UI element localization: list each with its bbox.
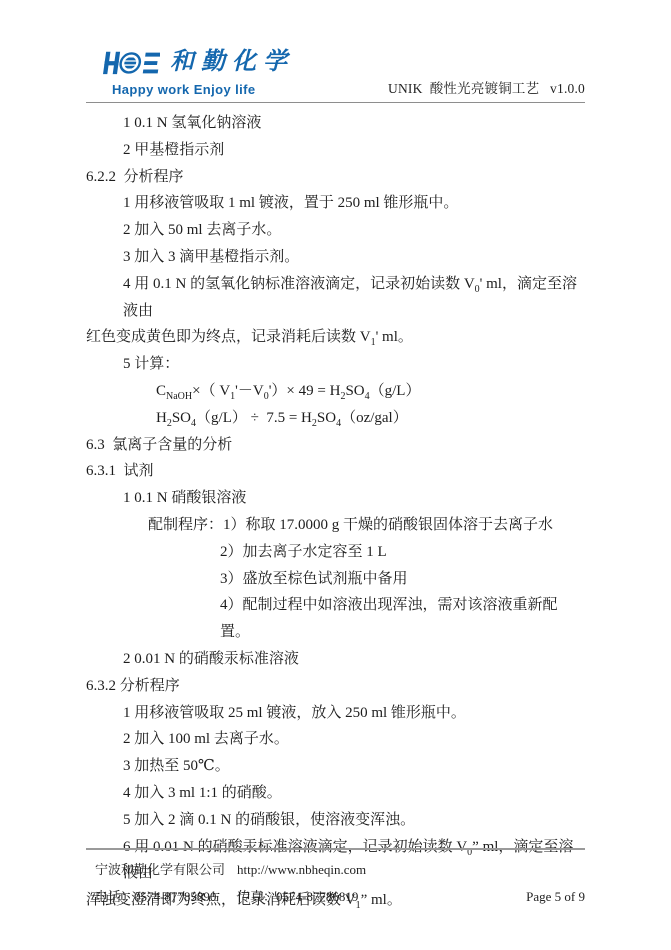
body-line: 2 甲基橙指示剂 [86,137,586,164]
body-line: 4 用 0.1 N 的氢氧化钠标准溶液滴定，记录初始读数 V0' ml，滴定至溶… [86,271,586,325]
formula-line: H2SO4（g/L） ÷ 7.5 = H2SO4（oz/gal） [86,405,586,432]
document-title: UNIK 酸性光亮镀铜工艺 v1.0.0 [388,77,585,97]
footer-phone: 电话：0574-87785890 [95,883,237,910]
footer-divider [86,848,585,850]
header-divider [86,102,585,103]
footer-website: http://www.nbheqin.com [237,856,526,883]
document-body: 1 0.1 N 氢氧化钠溶液 2 甲基橙指示剂 6.2.2 分析程序 1 用移液… [86,110,586,914]
footer-fax: 传真：0574-87786819 [237,883,526,910]
section-heading: 6.3 氯离子含量的分析 [86,432,586,459]
page-footer: 宁波和勤化学有限公司 http://www.nbheqin.com 电话：057… [95,856,585,910]
company-logo: 和勤化学 [100,48,294,76]
body-line: 红色变成黄色即为终点，记录消耗后读数 V1' ml。 [86,324,586,351]
body-line: 1 用移液管吸取 1 ml 镀液，置于 250 ml 锥形瓶中。 [86,190,586,217]
body-line: 配制程序：1）称取 17.0000 g 干燥的硝酸银固体溶于去离子水 [86,512,586,539]
page-number: Page 5 of 9 [526,883,585,910]
body-line: 2 0.01 N 的硝酸汞标准溶液 [86,646,586,673]
section-heading: 6.3.2 分析程序 [86,673,586,700]
body-line: 5 计算： [86,351,586,378]
section-heading: 6.2.2 分析程序 [86,164,586,191]
body-line: 3）盛放至棕色试剂瓶中备用 [86,566,586,593]
body-line: 2 加入 50 ml 去离子水。 [86,217,586,244]
body-line: 1 0.1 N 硝酸银溶液 [86,485,586,512]
body-line: 1 0.1 N 氢氧化钠溶液 [86,110,586,137]
body-line: 5 加入 2 滴 0.1 N 的硝酸银，使溶液变浑浊。 [86,807,586,834]
company-logo-name: 和勤化学 [170,50,294,74]
body-line: 3 加入 3 滴甲基橙指示剂。 [86,244,586,271]
body-line: 4 加入 3 ml 1:1 的硝酸。 [86,780,586,807]
company-tagline: Happy work Enjoy life [112,82,255,97]
section-heading: 6.3.1 试剂 [86,458,586,485]
formula-line: CNaOH×（ V1'－V0'）× 49 = H2SO4（g/L） [86,378,586,405]
document-page: { "header": { "logo": { "mark": "HQE-log… [0,0,671,950]
hqe-logo-icon [100,48,160,76]
body-line: 1 用移液管吸取 25 ml 镀液，放入 250 ml 锥形瓶中。 [86,700,586,727]
body-line: 4）配制过程中如溶液出现浑浊，需对该溶液重新配置。 [86,592,586,646]
body-line: 3 加热至 50℃。 [86,753,586,780]
footer-company: 宁波和勤化学有限公司 [95,856,237,883]
body-line: 2 加入 100 ml 去离子水。 [86,726,586,753]
body-line: 2）加去离子水定容至 1 L [86,539,586,566]
